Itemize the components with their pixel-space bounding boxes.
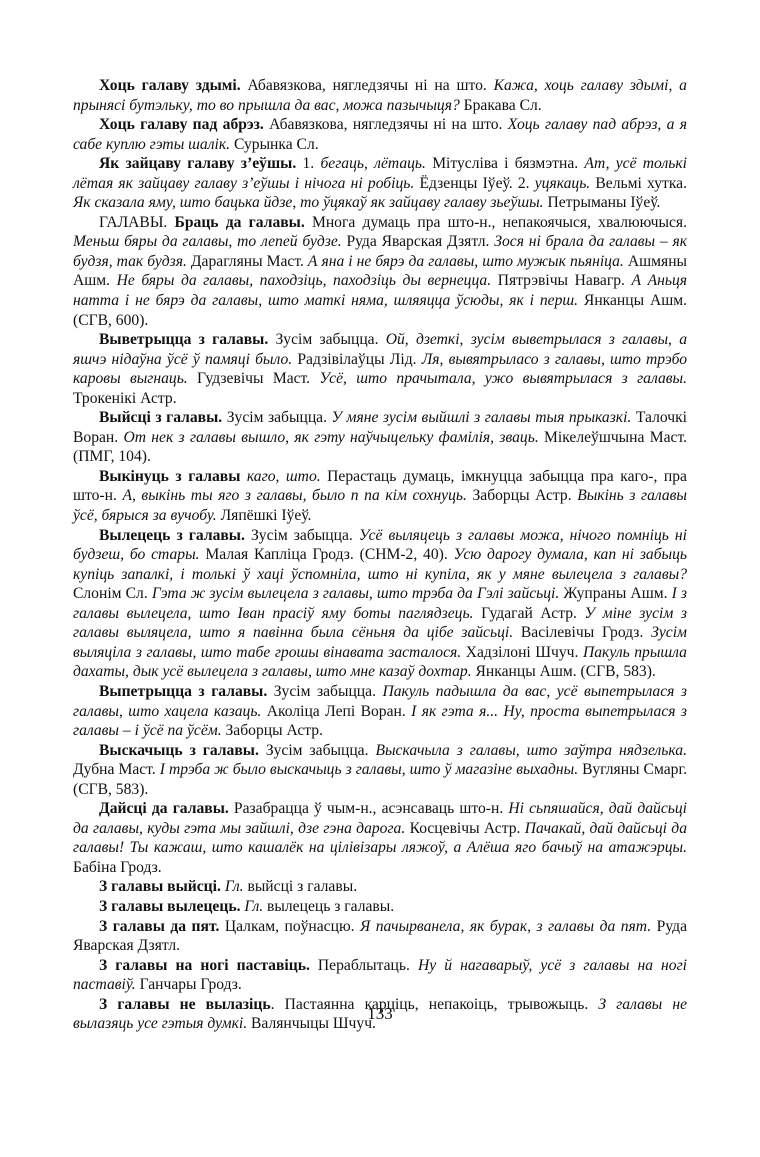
definition-text: Жупраны Ашм. [559,585,671,602]
entry-headword: З галавы выйсці. [99,878,221,895]
example-quote: А, выкінь ты яго з галавы, было п па кім… [122,487,466,504]
definition-text: Зусім забыцца. [268,331,386,348]
definition-text: Васілевічы Гродз. [513,624,651,641]
definition-text: Бракава Сл. [460,97,542,114]
definition-text: 1. [296,155,320,172]
definition-text: Косцевічы Астр. [405,820,524,837]
definition-text: Гудзевічы Маст. [188,370,320,387]
example-quote: уцякаць. [535,175,590,192]
definition-text: Заборцы Астр. [222,722,323,739]
dictionary-entry-vyvetrytstsa-z-galavy: Выветрыцца з галавы. Зусім забыцца. Ой, … [73,330,687,408]
dictionary-entry-z-galavy-na-nogi: З галавы на ногі паставіць. Пераблытаць.… [73,956,687,995]
definition-text: Заборцы Астр. [467,487,577,504]
definition-text: Пятрэвічы Навагр. [491,272,631,289]
entry-headword: Хоць галаву пад абрэз. [99,116,264,133]
definition-text: Малая Капліца Гродз. (СНМ-2, 40). [200,546,454,563]
entry-headword: Выветрыцца з галавы. [99,331,268,348]
entry-headword: Выпетрыцца з галавы. [99,683,267,700]
definition-text: Радзівілаўцы Лід. [292,351,422,368]
dictionary-entry-vyisci-z-galavy: Выйсці з галавы. Зусім забыцца. У мяне з… [73,408,687,467]
definition-text: Абавязкова, нягледзячы ні на што. [241,77,494,94]
dictionary-entry-z-galavy-da-pyat: З галавы да пят. Цалкам, поўнасцю. Я пач… [73,917,687,956]
definition-text: Зусім забыцца. [245,527,359,544]
example-quote: Не бяры да галавы, паходзіць, паходзіць … [117,272,492,289]
definition-text: Гудагай Астр. [473,605,584,622]
definition-text: Ёдзенцы Іўеў. 2. [414,175,534,192]
definition-text: Ганчары Гродз. [136,976,242,993]
example-quote: Выскачыла з галавы, што заўтра нядзелька… [375,742,687,759]
definition-text: Пераблытаць. [310,957,418,974]
example-quote: І трэба ж было выскачыць з галавы, што ў… [160,761,578,778]
definition-text: Зусім забыцца. [222,409,331,426]
example-quote: От нек з галавы вышло, як гэту наўчыцель… [123,429,538,446]
definition-text: Трокенікі Астр. [73,390,177,407]
dictionary-entry-z-galavy-vyletsets: З галавы вылецець. Гл. вылецець з галавы… [73,897,687,917]
example-quote: Усё, што прачытала, ужо вывятрылася з га… [319,370,687,387]
definition-text: Цалкам, поўнасцю. [219,918,360,935]
example-quote: Меньш бяры да галавы, то лепей будзе. [73,233,342,250]
example-quote: бегаць, лётаць. [320,155,425,172]
definition-text: Зусім забыцца. [267,683,382,700]
dictionary-entry-hoc-galavu-pad-abrez: Хоць галаву пад абрэз. Абавязкова, нягле… [73,115,687,154]
definition-text: Хадзілоні Шчуч. [461,644,583,661]
dictionary-entry-vykinuts-z-galavy: Выкінуць з галавы каго, што. Перастаць д… [73,467,687,526]
definition-text: Разабрацца ў чым-н., асэнсаваць што-н. [229,800,509,817]
entry-headword: Хоць галаву здымі. [99,77,241,94]
example-quote: Як сказала яму, што бацька йдзе, то ўцяк… [73,194,544,211]
dictionary-entry-z-galavy-vyisci: З галавы выйсці. Гл. выйсці з галавы. [73,877,687,897]
dictionary-entry-yak-zaitsavu-galavu: Як зайцаву галаву з’еўшы. 1. бегаць, лёт… [73,154,687,213]
entry-headword: Выскачыць з галавы. [99,742,259,759]
definition-text: вылецець з галавы. [263,898,394,915]
example-quote: Гл. [244,898,263,915]
definition-text: Янканцы Ашм. (СГВ, 583). [472,663,656,680]
page-number: 133 [0,1004,760,1024]
example-quote: Гэта ж зусім вылецела з галавы, што трэб… [152,585,559,602]
definition-text: Дарагляны Маст. [187,253,308,270]
entry-headword: Вылецець з галавы. [99,527,245,544]
dictionary-entry-brats-da-galavy: ГАЛАВЫ. Браць да галавы. Многа думаць пр… [73,213,687,330]
dictionary-entry-vyletsets-z-galavy: Вылецець з галавы. Зусім забыцца. Усё вы… [73,526,687,682]
definition-text: Руда Яварская Дзятл. [342,233,495,250]
definition-text: Аколіца Лепі Воран. [261,703,411,720]
entry-headword: З галавы вылецець. [99,898,241,915]
entry-headword: Як зайцаву галаву з’еўшы. [99,155,296,172]
dictionary-page-body: Хоць галаву здымі. Абавязкова, нягледзяч… [73,76,687,1034]
definition-text: Абавязкова, нягледзячы ні на што. [264,116,508,133]
definition-text: Бабіна Гродз. [73,859,162,876]
dictionary-entry-vypetrytstsa-z-galavy: Выпетрыцца з галавы. Зусім забыцца. Паку… [73,682,687,741]
entry-headword: З галавы да пят. [99,918,219,935]
example-quote: Гл. [225,878,244,895]
entry-headword: Выкінуць з галавы [99,468,240,485]
definition-text: ГАЛАВЫ. [99,214,175,231]
definition-text: Петрыманы Іўеў. [544,194,661,211]
entry-headword: Дайсці да галавы. [99,800,229,817]
definition-text: Слонім Сл. [73,585,152,602]
dictionary-entry-daisci-da-galavy: Дайсці да галавы. Разабрацца ў чым-н., а… [73,799,687,877]
definition-text: выйсці з галавы. [244,878,358,895]
entry-headword: З галавы на ногі паставіць. [99,957,310,974]
example-quote: У мяне зусім выйшлі з галавы тыя прыказк… [332,409,632,426]
dictionary-entry-vyskachyts-z-galavy: Выскачыць з галавы. Зусім забыцца. Выска… [73,741,687,800]
entry-headword: Браць да галавы. [175,214,305,231]
example-quote: А яна і не бярэ да галавы, што мужык пья… [308,253,624,270]
example-quote: Я пачырванела, як бурак, з галавы да пят… [360,918,651,935]
definition-text: Ляпёшкі Іўеў. [217,507,312,524]
example-quote: каго, што. [247,468,321,485]
definition-text: Зусім забыцца. [259,742,376,759]
dictionary-entry-hoc-galavu-zdymi: Хоць галаву здымі. Абавязкова, нягледзяч… [73,76,687,115]
definition-text: Мітусліва і бязмэтна. [426,155,585,172]
definition-text: Дубна Маст. [73,761,160,778]
definition-text: Вельмі хутка. [590,175,687,192]
entry-headword: Выйсці з галавы. [99,409,222,426]
definition-text: Сурынка Сл. [230,136,319,153]
definition-text: Многа думаць пра што-н., непакоячыся, хв… [305,214,687,231]
